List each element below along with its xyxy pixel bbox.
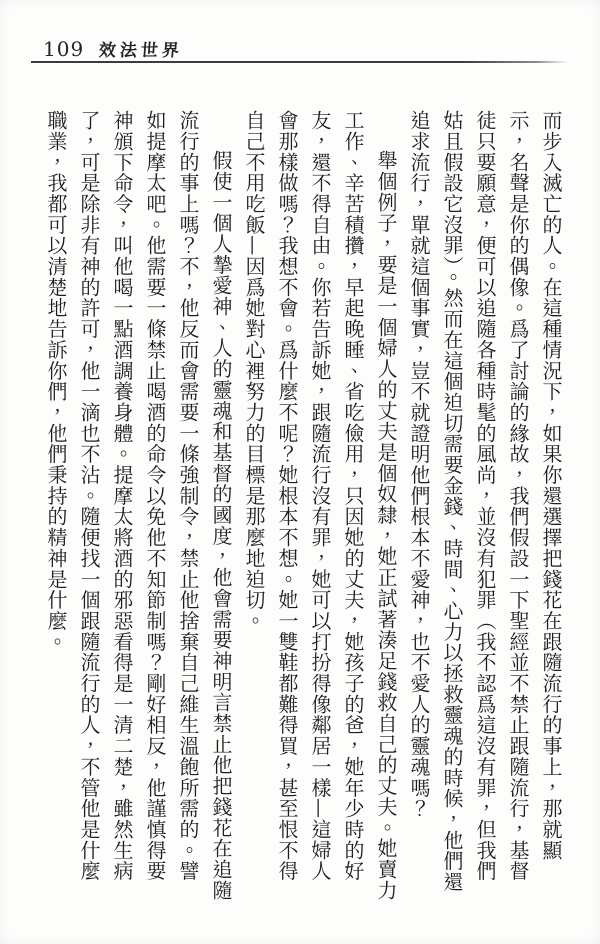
paragraph: 而步入滅亡的人。在這種情況下，如果你還選擇把錢花在跟隨流行的事上，那就顯示，名聲… [402, 110, 567, 902]
paragraph: 舉個例子，要是一個婦人的丈夫是個奴隸，她正試著湊足錢救自己的丈夫。她賣力工作、辛… [237, 110, 402, 902]
running-title: 效法世界 [98, 36, 184, 61]
page-header: 109 效法世界 [43, 36, 183, 61]
page-number: 109 [43, 37, 84, 61]
body-text: 而步入滅亡的人。在這種情況下，如果你還選擇把錢花在跟隨流行的事上，那就顯示，名聲… [39, 110, 567, 902]
book-page: 109 效法世界 而步入滅亡的人。在這種情況下，如果你還選擇把錢花在跟隨流行的事… [0, 0, 600, 944]
paragraph: 假使一個人摯愛神、人的靈魂和基督的國度，他會需要神明言禁止他把錢花在追隨流行的事… [39, 110, 237, 902]
header-rule [31, 61, 568, 63]
